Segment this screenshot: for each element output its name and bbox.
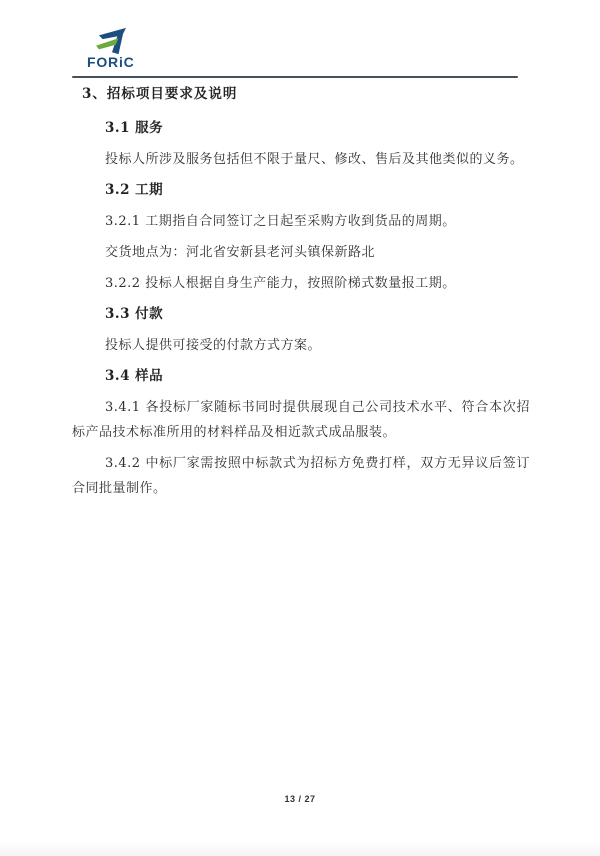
page-header: FORiC <box>0 0 600 80</box>
scan-shadow <box>0 842 600 856</box>
document-heading: 3、招标项目要求及说明 <box>72 84 530 104</box>
header-divider <box>72 76 518 78</box>
brand-wordmark: FORiC <box>87 55 143 69</box>
paragraph: 3.4.1 各投标厂家随标书同时提供展现自己公司技术水平、符合本次招标产品技术标… <box>72 395 530 445</box>
paragraph: 投标人提供可接受的付款方式方案。 <box>72 333 530 358</box>
section-3-3: 3.3 付款 投标人提供可接受的付款方式方案。 <box>72 302 530 358</box>
paragraph: 3.2.2 投标人根据自身生产能力，按照阶梯式数量报工期。 <box>72 271 530 296</box>
paragraph: 3.2.1 工期指自合同签订之日起至采购方收到货品的周期。 <box>72 209 530 234</box>
document-page: FORiC 3、招标项目要求及说明 3.1 服务 投标人所涉及服务包括但不限于量… <box>0 0 600 856</box>
page-number: 13 / 27 <box>284 794 315 804</box>
section-3-4: 3.4 样品 3.4.1 各投标厂家随标书同时提供展现自己公司技术水平、符合本次… <box>72 364 530 501</box>
section-3-1: 3.1 服务 投标人所涉及服务包括但不限于量尺、修改、售后及其他类似的义务。 <box>72 116 530 172</box>
section-title: 3.2 工期 <box>72 178 530 203</box>
paragraph: 3.4.2 中标厂家需按照中标款式为招标方免费打样，双方无异议后签订合同批量制作… <box>72 451 530 501</box>
paragraph: 交货地点为：河北省安新县老河头镇保新路北 <box>72 240 530 265</box>
paragraph: 投标人所涉及服务包括但不限于量尺、修改、售后及其他类似的义务。 <box>72 147 530 172</box>
brand-logo: FORiC <box>87 27 143 69</box>
section-title: 3.1 服务 <box>72 116 530 141</box>
section-title: 3.4 样品 <box>72 364 530 389</box>
section-3-2: 3.2 工期 3.2.1 工期指自合同签订之日起至采购方收到货品的周期。 交货地… <box>72 178 530 296</box>
foric-logo-icon <box>94 27 130 55</box>
section-title: 3.3 付款 <box>72 302 530 327</box>
document-body: 3、招标项目要求及说明 3.1 服务 投标人所涉及服务包括但不限于量尺、修改、售… <box>72 84 530 507</box>
page-footer: 13 / 27 <box>0 787 600 806</box>
